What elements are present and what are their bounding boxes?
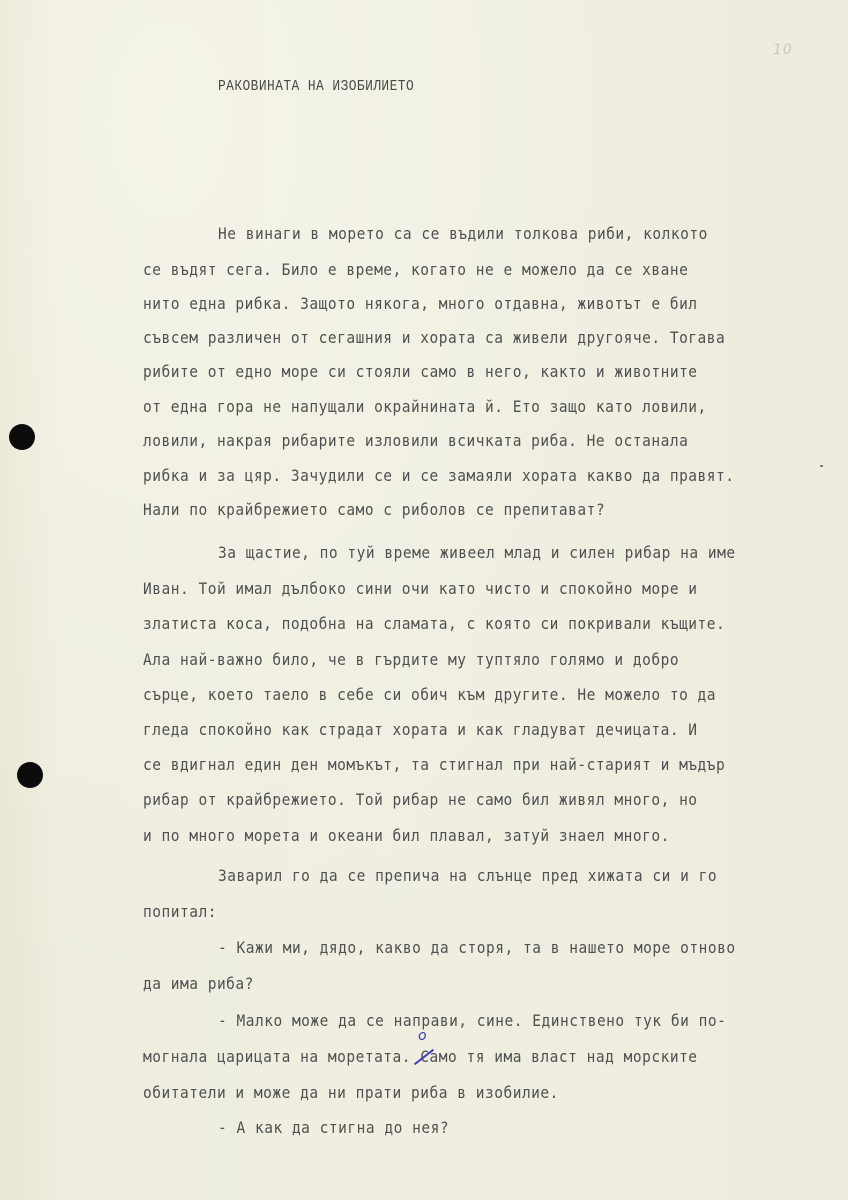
text-line: да има риба? — [143, 974, 254, 994]
text-line: нито една рибка. Защото някога, много от… — [143, 294, 698, 314]
text-line: Иван. Той имал дълбоко сини очи като чис… — [143, 579, 698, 599]
text-line: - А как да стигна до нея? — [218, 1118, 449, 1138]
text-line: се вдигнал един ден момъкът, та стигнал … — [143, 755, 725, 775]
text-line: златиста коса, подобна на сламата, с коя… — [143, 614, 725, 634]
text-line: обитатели и може да ни прати риба в изоб… — [143, 1083, 559, 1103]
text-line: от една гора не напущали окрайнината й. … — [143, 397, 707, 417]
text-line: Нали по крайбрежието само с риболов се п… — [143, 500, 605, 520]
text-line: ловили, накрая рибарите изловили всичкат… — [143, 431, 688, 451]
text-line: рибите от едно море си стояли само в нег… — [143, 362, 698, 382]
text-line: рибка и за цяр. Зачудили се и се замаяли… — [143, 466, 735, 486]
punch-hole-lower — [17, 762, 43, 788]
text-line: гледа спокойно как страдат хората и как … — [143, 720, 698, 740]
text-line: Не винаги в морето са се въдили толкова … — [218, 224, 708, 244]
text-line: съвсем различен от сегашния и хората са … — [143, 328, 725, 348]
text-line: и по много морета и океани бил плавал, з… — [143, 826, 670, 846]
text-line: се въдят сега. Било е време, когато не е… — [143, 260, 688, 280]
page-number: 10 — [773, 42, 793, 58]
text-line: сърце, което таело в себе си обич към др… — [143, 685, 716, 705]
document-page: 10 РАКОВИНАТА НА ИЗОБИЛИЕТО Не винаги в … — [0, 0, 848, 1200]
paper-speck — [820, 465, 823, 467]
text-line: - Малко може да се направи, сине. Единст… — [218, 1011, 726, 1031]
text-line: рибар от крайбрежието. Той рибар не само… — [143, 790, 698, 810]
text-line: Ала най-важно било, че в гърдите му тупт… — [143, 650, 679, 670]
punch-hole-upper — [9, 424, 35, 450]
document-title: РАКОВИНАТА НА ИЗОБИЛИЕТО — [218, 78, 414, 95]
text-line: Заварил го да се препича на слънце пред … — [218, 866, 717, 886]
handwritten-correction: о — [418, 1028, 427, 1044]
text-line: - Кажи ми, дядо, какво да сторя, та в на… — [218, 938, 736, 958]
text-line: попитал: — [143, 902, 217, 922]
text-line: За щастие, по туй време живеел млад и си… — [218, 543, 736, 563]
